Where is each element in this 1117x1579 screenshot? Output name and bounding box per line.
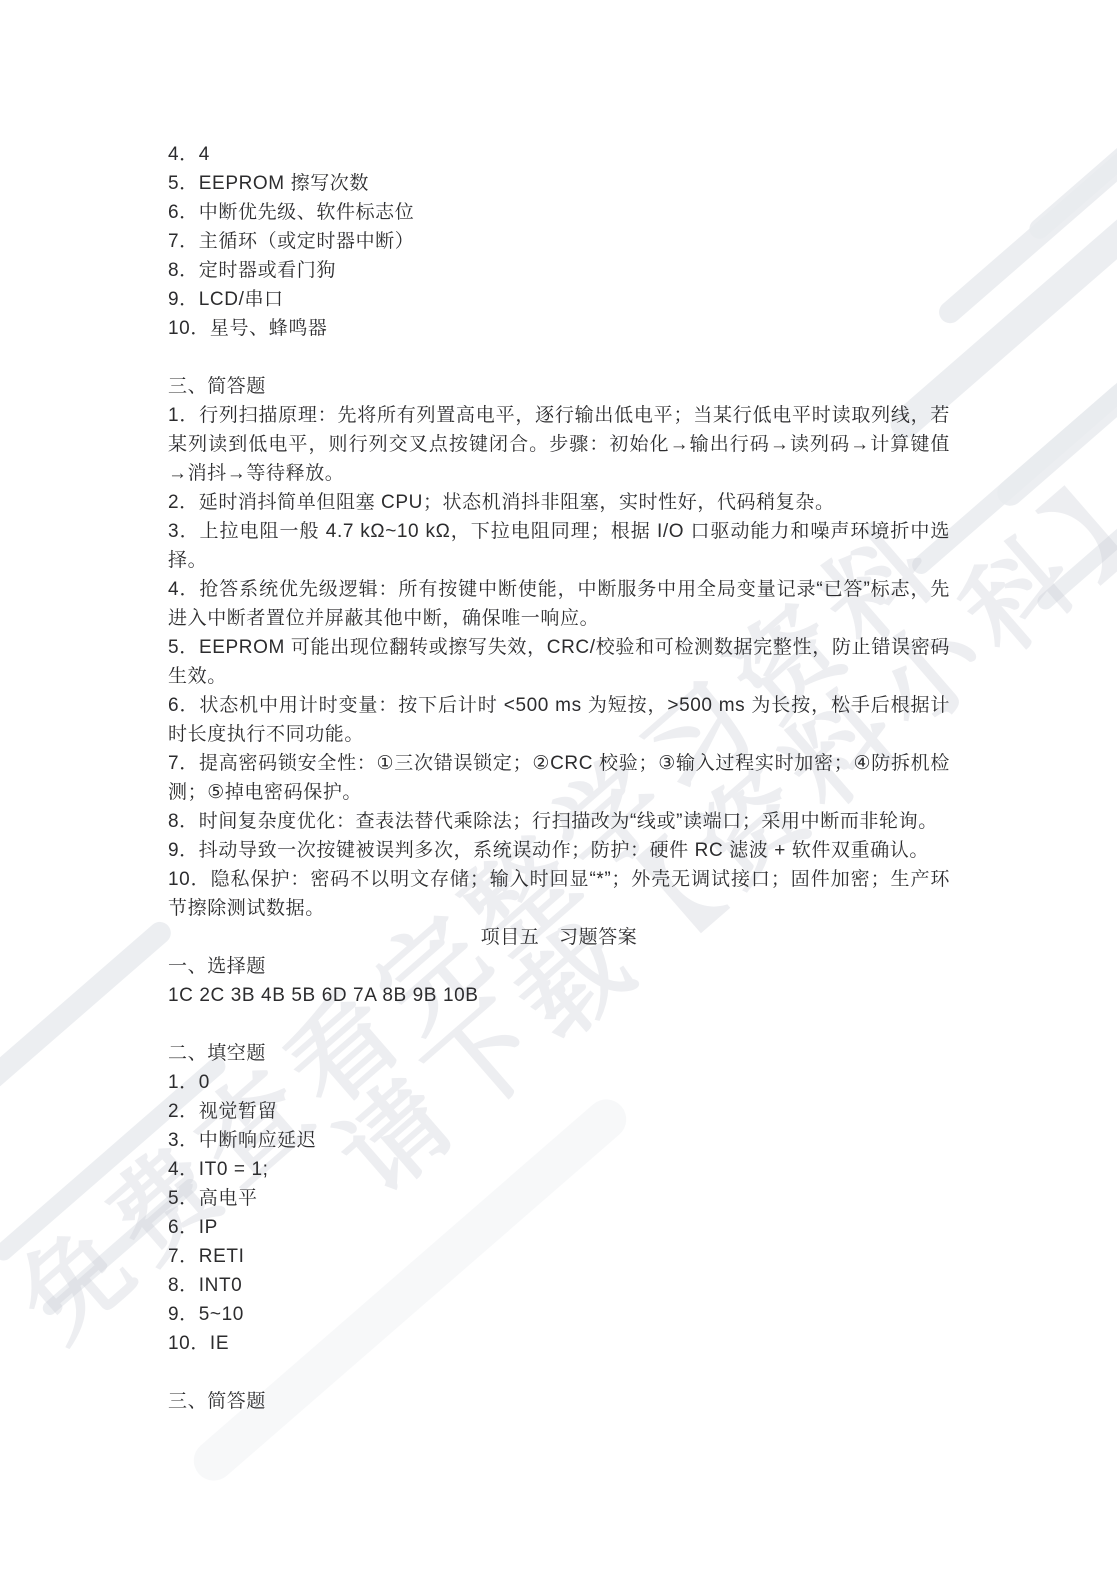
- watermark-brush-stroke: [1025, 57, 1117, 243]
- short-answer-item: 8．时间复杂度优化：查表法替代乘除法；行扫描改为“线或”读端口；采用中断而非轮询…: [168, 807, 950, 836]
- short-answer-item: 5．EEPROM 可能出现位翻转或擦写失效，CRC/校验和可检测数据完整性，防止…: [168, 633, 950, 691]
- blank-line: [168, 343, 950, 372]
- fill-answer-item: 9．LCD/串口: [168, 285, 950, 314]
- fill-answer-item: 5．EEPROM 擦写次数: [168, 169, 950, 198]
- short-answer-item: 7．提高密码锁安全性：①三次错误锁定；②CRC 校验；③输入过程实时加密；④防拆…: [168, 749, 950, 807]
- short-answer-item: 6．状态机中用计时变量：按下后计时 <500 ms 为短按，>500 ms 为长…: [168, 691, 950, 749]
- project5-choice-answers: 1C 2C 3B 4B 5B 6D 7A 8B 9B 10B: [168, 981, 950, 1010]
- project5-fill-heading: 二、填空题: [168, 1039, 950, 1068]
- short-answer-item: 2．延时消抖简单但阻塞 CPU；状态机消抖非阻塞，实时性好，代码稍复杂。: [168, 488, 950, 517]
- fill-answer-item: 4．IT0 = 1;: [168, 1155, 950, 1184]
- fill-answer-item: 7．RETI: [168, 1242, 950, 1271]
- project5-short-answer-heading: 三、简答题: [168, 1387, 950, 1416]
- project5-fill-answer-list: 1．02．视觉暂留3．中断响应延迟4．IT0 = 1;5．高电平6．IP7．RE…: [168, 1068, 950, 1358]
- blank-line: [168, 1010, 950, 1039]
- fill-answer-item: 8．INT0: [168, 1271, 950, 1300]
- fill-answer-item: 6．中断优先级、软件标志位: [168, 198, 950, 227]
- project4-short-answer-list: 1．行列扫描原理：先将所有列置高电平，逐行输出低电平；当某行低电平时读取列线，若…: [168, 401, 950, 923]
- project5-title: 项目五 习题答案: [168, 923, 950, 952]
- project4-short-answer-heading: 三、简答题: [168, 372, 950, 401]
- fill-answer-item: 2．视觉暂留: [168, 1097, 950, 1126]
- fill-answer-item: 10．IE: [168, 1329, 950, 1358]
- watermark-brush-stroke: [1034, 443, 1117, 613]
- fill-answer-item: 10．星号、蜂鸣器: [168, 314, 950, 343]
- blank-line: [168, 1358, 950, 1387]
- fill-answer-item: 7．主循环（或定时器中断）: [168, 227, 950, 256]
- short-answer-item: 10．隐私保护：密码不以明文存储；输入时回显“*”；外壳无调试接口；固件加密；生…: [168, 865, 950, 923]
- watermark-brush-stroke: [935, 114, 1117, 327]
- short-answer-item: 1．行列扫描原理：先将所有列置高电平，逐行输出低电平；当某行低电平时读取列线，若…: [168, 401, 950, 488]
- project5-choice-heading: 一、选择题: [168, 952, 950, 981]
- watermark-brush-stroke: [992, 275, 1117, 511]
- fill-answer-item: 3．中断响应延迟: [168, 1126, 950, 1155]
- watermark-brush-stroke: [0, 917, 175, 1104]
- fill-answer-item: 9．5~10: [168, 1300, 950, 1329]
- document-content: 4．45．EEPROM 擦写次数6．中断优先级、软件标志位7．主循环（或定时器中…: [168, 140, 950, 1416]
- fill-answer-item: 4．4: [168, 140, 950, 169]
- fill-answer-item: 6．IP: [168, 1213, 950, 1242]
- project4-fill-answer-list: 4．45．EEPROM 擦写次数6．中断优先级、软件标志位7．主循环（或定时器中…: [168, 140, 950, 343]
- short-answer-item: 3．上拉电阻一般 4.7 kΩ~10 kΩ，下拉电阻同理；根据 I/O 口驱动能…: [168, 517, 950, 575]
- fill-answer-item: 1．0: [168, 1068, 950, 1097]
- document-page: 免费查看完整学习资料 请下载【资料小科】APP 4．45．EEPROM 擦写次数…: [0, 0, 1117, 1579]
- fill-answer-item: 8．定时器或看门狗: [168, 256, 950, 285]
- short-answer-item: 9．抖动导致一次按键被误判多次，系统误动作；防护：硬件 RC 滤波 + 软件双重…: [168, 836, 950, 865]
- short-answer-item: 4．抢答系统优先级逻辑：所有按键中断使能，中断服务中用全局变量记录“已答”标志，…: [168, 575, 950, 633]
- fill-answer-item: 5．高电平: [168, 1184, 950, 1213]
